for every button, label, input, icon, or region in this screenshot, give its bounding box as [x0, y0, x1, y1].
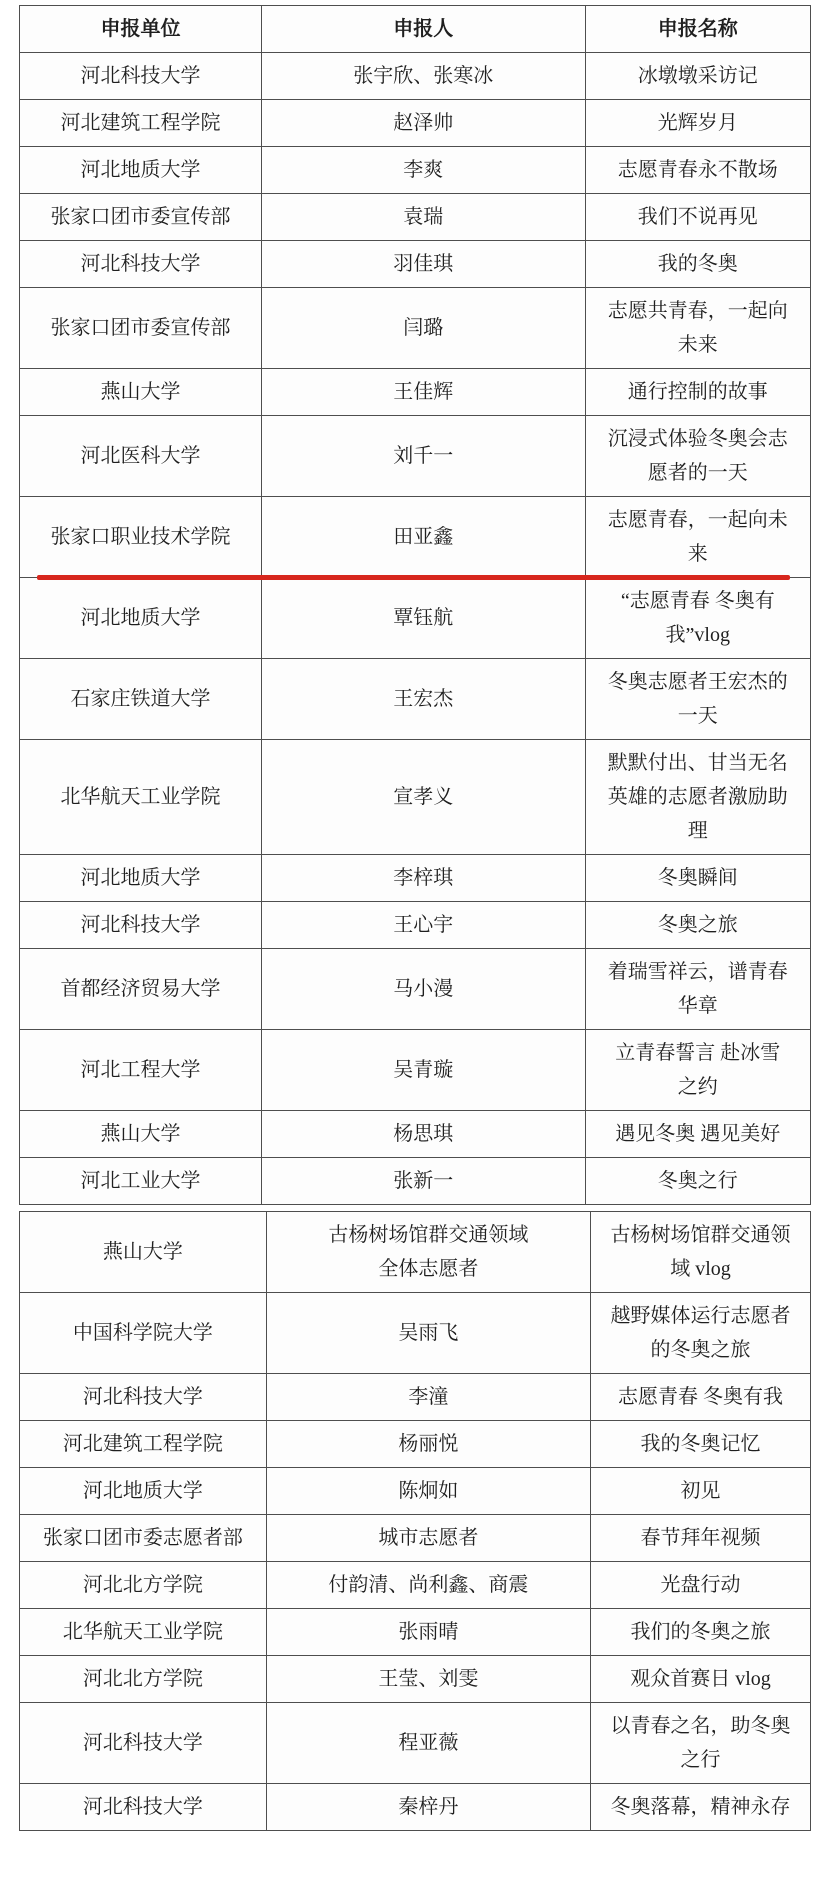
cell-title: 我的冬奥记忆 [591, 1421, 811, 1468]
table-row: 张家口团市委志愿者部城市志愿者春节拜年视频 [20, 1515, 811, 1562]
cell-title: 志愿共青春，一起向 未来 [585, 288, 810, 369]
table-row: 河北科技大学羽佳琪我的冬奥 [20, 241, 811, 288]
table-row: 河北医科大学刘千一沉浸式体验冬奥会志 愿者的一天 [20, 416, 811, 497]
table-row: 河北科技大学王心宇冬奥之旅 [20, 902, 811, 949]
cell-title: 我的冬奥 [585, 241, 810, 288]
cell-title: 古杨树场馆群交通领 域 vlog [591, 1212, 811, 1293]
cell-title: 遇见冬奥 遇见美好 [585, 1111, 810, 1158]
cell-applicant: 张雨晴 [266, 1609, 590, 1656]
cell-unit: 北华航天工业学院 [20, 1609, 267, 1656]
cell-unit: 河北北方学院 [20, 1562, 267, 1609]
cell-unit: 河北地质大学 [20, 855, 262, 902]
cell-applicant: 王心宇 [262, 902, 586, 949]
cell-unit: 燕山大学 [20, 1212, 267, 1293]
table-lower: 燕山大学古杨树场馆群交通领域 全体志愿者古杨树场馆群交通领 域 vlog中国科学… [19, 1211, 811, 1831]
cell-title: 志愿青春永不散场 [585, 147, 810, 194]
cell-applicant: 赵泽帅 [262, 100, 586, 147]
cell-title: “志愿青春 冬奥有 我”vlog [585, 578, 810, 659]
table-row: 河北北方学院付韵清、尚利鑫、商震光盘行动 [20, 1562, 811, 1609]
cell-title: 立青春誓言 赴冰雪 之约 [585, 1030, 810, 1111]
cell-unit: 燕山大学 [20, 1111, 262, 1158]
cell-applicant: 闫璐 [262, 288, 586, 369]
table-row: 张家口团市委宣传部闫璐志愿共青春，一起向 未来 [20, 288, 811, 369]
table-row: 张家口团市委宣传部袁瑞我们不说再见 [20, 194, 811, 241]
cell-applicant: 程亚薇 [266, 1703, 590, 1784]
table-row: 首都经济贸易大学马小漫着瑞雪祥云，谱青春 华章 [20, 949, 811, 1030]
cell-unit: 河北医科大学 [20, 416, 262, 497]
cell-title: 冰墩墩采访记 [585, 53, 810, 100]
cell-unit: 首都经济贸易大学 [20, 949, 262, 1030]
cell-title: 通行控制的故事 [585, 369, 810, 416]
table-row: 河北北方学院王莹、刘雯观众首赛日 vlog [20, 1656, 811, 1703]
cell-unit: 张家口团市委宣传部 [20, 194, 262, 241]
cell-title: 初见 [591, 1468, 811, 1515]
cell-title: 以青春之名，助冬奥 之行 [591, 1703, 811, 1784]
cell-applicant: 李潼 [266, 1374, 590, 1421]
cell-unit: 河北建筑工程学院 [20, 1421, 267, 1468]
cell-title: 春节拜年视频 [591, 1515, 811, 1562]
cell-title: 志愿青春 冬奥有我 [591, 1374, 811, 1421]
cell-title: 越野媒体运行志愿者 的冬奥之旅 [591, 1293, 811, 1374]
table-row: 河北科技大学程亚薇以青春之名，助冬奥 之行 [20, 1703, 811, 1784]
cell-title: 冬奥之行 [585, 1158, 810, 1205]
cell-unit: 河北科技大学 [20, 1374, 267, 1421]
table-row: 河北建筑工程学院杨丽悦我的冬奥记忆 [20, 1421, 811, 1468]
cell-applicant: 刘千一 [262, 416, 586, 497]
cell-title: 光辉岁月 [585, 100, 810, 147]
cell-unit: 燕山大学 [20, 369, 262, 416]
cell-applicant: 李爽 [262, 147, 586, 194]
cell-title: 我们不说再见 [585, 194, 810, 241]
table-row: 河北工程大学吴青璇立青春誓言 赴冰雪 之约 [20, 1030, 811, 1111]
cell-unit: 张家口职业技术学院 [20, 497, 262, 578]
cell-title: 着瑞雪祥云，谱青春 华章 [585, 949, 810, 1030]
cell-applicant: 马小漫 [262, 949, 586, 1030]
declaration-table-lower: 燕山大学古杨树场馆群交通领域 全体志愿者古杨树场馆群交通领 域 vlog中国科学… [19, 1211, 811, 1831]
table-row: 燕山大学王佳辉通行控制的故事 [20, 369, 811, 416]
cell-unit: 河北建筑工程学院 [20, 100, 262, 147]
cell-applicant: 王莹、刘雯 [266, 1656, 590, 1703]
cell-unit: 河北科技大学 [20, 241, 262, 288]
header-title: 申报名称 [585, 6, 810, 53]
cell-unit: 北华航天工业学院 [20, 740, 262, 855]
declaration-table-upper: 申报单位 申报人 申报名称 河北科技大学张宇欣、张寒冰冰墩墩采访记河北建筑工程学… [19, 5, 811, 1205]
cell-title: 志愿青春，一起向未 来 [585, 497, 810, 578]
cell-title: 冬奥志愿者王宏杰的 一天 [585, 659, 810, 740]
table-row: 张家口职业技术学院田亚鑫志愿青春，一起向未 来 [20, 497, 811, 578]
table-row: 河北科技大学秦梓丹冬奥落幕，精神永存 [20, 1784, 811, 1831]
cell-unit: 河北地质大学 [20, 1468, 267, 1515]
cell-applicant: 杨思琪 [262, 1111, 586, 1158]
table-row: 北华航天工业学院张雨晴我们的冬奥之旅 [20, 1609, 811, 1656]
header-applicant: 申报人 [262, 6, 586, 53]
table-row: 河北地质大学李爽志愿青春永不散场 [20, 147, 811, 194]
cell-title: 我们的冬奥之旅 [591, 1609, 811, 1656]
cell-applicant: 宣孝义 [262, 740, 586, 855]
cell-applicant: 陈炯如 [266, 1468, 590, 1515]
document-page: 申报单位 申报人 申报名称 河北科技大学张宇欣、张寒冰冰墩墩采访记河北建筑工程学… [0, 0, 830, 1841]
cell-unit: 河北科技大学 [20, 1703, 267, 1784]
cell-applicant: 李梓琪 [262, 855, 586, 902]
cell-applicant: 张宇欣、张寒冰 [262, 53, 586, 100]
header-row: 申报单位 申报人 申报名称 [20, 6, 811, 53]
cell-applicant: 张新一 [262, 1158, 586, 1205]
table-row: 河北地质大学覃钰航“志愿青春 冬奥有 我”vlog [20, 578, 811, 659]
table-row: 河北地质大学陈炯如初见 [20, 1468, 811, 1515]
cell-unit: 河北工程大学 [20, 1030, 262, 1111]
cell-unit: 河北工业大学 [20, 1158, 262, 1205]
cell-applicant: 秦梓丹 [266, 1784, 590, 1831]
cell-unit: 石家庄铁道大学 [20, 659, 262, 740]
cell-unit: 河北科技大学 [20, 902, 262, 949]
table-row: 河北工业大学张新一冬奥之行 [20, 1158, 811, 1205]
table-upper: 申报单位 申报人 申报名称 河北科技大学张宇欣、张寒冰冰墩墩采访记河北建筑工程学… [19, 5, 811, 1205]
cell-title: 冬奥瞬间 [585, 855, 810, 902]
cell-applicant: 付韵清、尚利鑫、商震 [266, 1562, 590, 1609]
cell-title: 光盘行动 [591, 1562, 811, 1609]
cell-applicant: 杨丽悦 [266, 1421, 590, 1468]
table-row: 石家庄铁道大学王宏杰冬奥志愿者王宏杰的 一天 [20, 659, 811, 740]
cell-title: 默默付出、甘当无名 英雄的志愿者激励助 理 [585, 740, 810, 855]
cell-title: 观众首赛日 vlog [591, 1656, 811, 1703]
cell-unit: 河北科技大学 [20, 53, 262, 100]
table-row: 燕山大学古杨树场馆群交通领域 全体志愿者古杨树场馆群交通领 域 vlog [20, 1212, 811, 1293]
cell-applicant: 袁瑞 [262, 194, 586, 241]
cell-applicant: 覃钰航 [262, 578, 586, 659]
cell-applicant: 王佳辉 [262, 369, 586, 416]
cell-applicant: 吴雨飞 [266, 1293, 590, 1374]
cell-title: 冬奥之旅 [585, 902, 810, 949]
cell-applicant: 古杨树场馆群交通领域 全体志愿者 [266, 1212, 590, 1293]
cell-unit: 河北地质大学 [20, 578, 262, 659]
cell-unit: 河北地质大学 [20, 147, 262, 194]
table-row: 河北科技大学李潼志愿青春 冬奥有我 [20, 1374, 811, 1421]
table-row: 中国科学院大学吴雨飞越野媒体运行志愿者 的冬奥之旅 [20, 1293, 811, 1374]
cell-unit: 河北科技大学 [20, 1784, 267, 1831]
cell-title: 冬奥落幕，精神永存 [591, 1784, 811, 1831]
cell-title: 沉浸式体验冬奥会志 愿者的一天 [585, 416, 810, 497]
table-row: 燕山大学杨思琪遇见冬奥 遇见美好 [20, 1111, 811, 1158]
table-row: 河北科技大学张宇欣、张寒冰冰墩墩采访记 [20, 53, 811, 100]
cell-unit: 张家口团市委宣传部 [20, 288, 262, 369]
cell-applicant: 王宏杰 [262, 659, 586, 740]
cell-applicant: 城市志愿者 [266, 1515, 590, 1562]
cell-applicant: 田亚鑫 [262, 497, 586, 578]
cell-unit: 河北北方学院 [20, 1656, 267, 1703]
table-row: 河北地质大学李梓琪冬奥瞬间 [20, 855, 811, 902]
cell-applicant: 吴青璇 [262, 1030, 586, 1111]
table-row: 北华航天工业学院宣孝义默默付出、甘当无名 英雄的志愿者激励助 理 [20, 740, 811, 855]
cell-applicant: 羽佳琪 [262, 241, 586, 288]
cell-unit: 张家口团市委志愿者部 [20, 1515, 267, 1562]
table-row: 河北建筑工程学院赵泽帅光辉岁月 [20, 100, 811, 147]
cell-unit: 中国科学院大学 [20, 1293, 267, 1374]
header-unit: 申报单位 [20, 6, 262, 53]
